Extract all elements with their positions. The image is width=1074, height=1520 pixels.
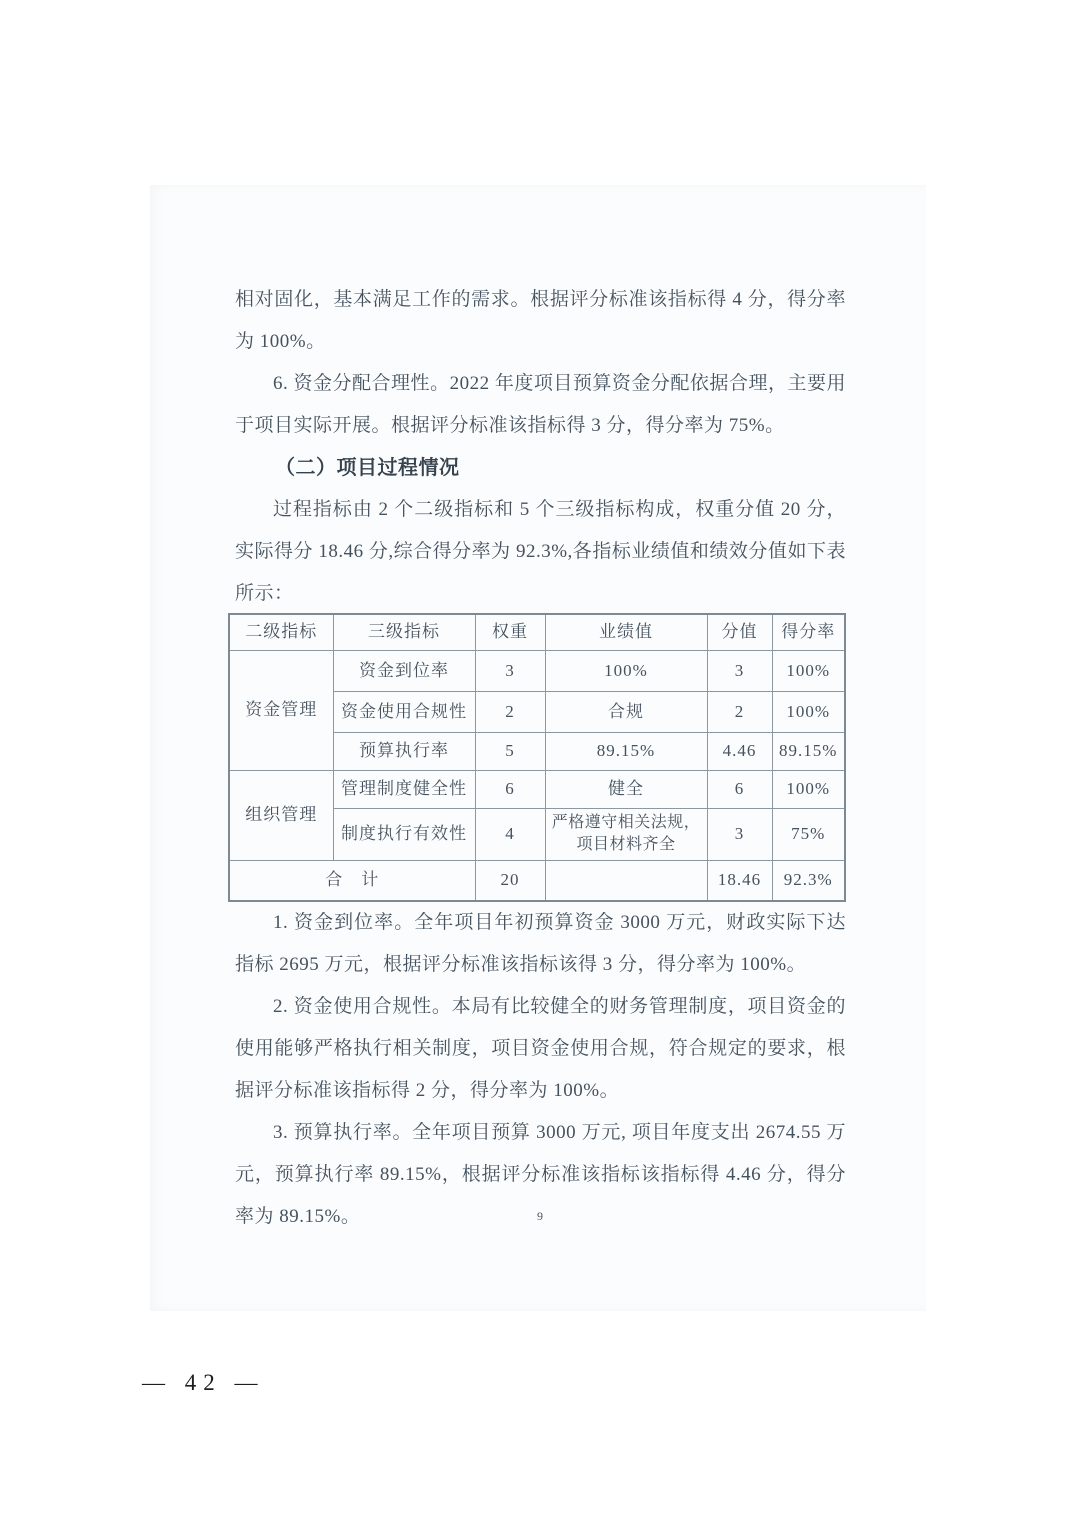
performance-cell: 健全 [545, 770, 707, 808]
group-cell-fund-management: 资金管理 [229, 650, 333, 770]
paragraph-process-intro: 过程指标由 2 个二级指标和 5 个三级指标构成，权重分值 20 分，实际得分 … [235, 489, 846, 615]
total-weight-cell: 20 [475, 860, 545, 901]
paragraph-item-1: 1. 资金到位率。全年项目年初预算资金 3000 万元，财政实际下达指标 269… [235, 902, 846, 986]
section-heading: （二）项目过程情况 [235, 447, 846, 489]
indicator-cell: 资金使用合规性 [333, 691, 475, 732]
table-total-row: 合 计 20 18.46 92.3% [229, 860, 845, 901]
rate-cell: 100% [772, 691, 845, 732]
paragraph-item-2: 2. 资金使用合规性。本局有比较健全的财务管理制度，项目资金的使用能够严格执行相… [235, 986, 846, 1112]
indicator-cell: 资金到位率 [333, 650, 475, 691]
rate-cell: 100% [772, 770, 845, 808]
document-canvas: 相对固化，基本满足工作的需求。根据评分标准该指标得 4 分，得分率为 100%。… [0, 0, 1074, 1520]
col-header-level3-indicator: 三级指标 [333, 614, 475, 650]
score-cell: 3 [707, 650, 772, 691]
indicator-cell: 预算执行率 [333, 732, 475, 770]
total-rate-cell: 92.3% [772, 860, 845, 901]
weight-cell: 3 [475, 650, 545, 691]
score-cell: 4.46 [707, 732, 772, 770]
folio-page-label: — 42 — [142, 1370, 265, 1396]
paragraph-item-6: 6. 资金分配合理性。2022 年度项目预算资金分配依据合理，主要用于项目实际开… [235, 363, 846, 447]
paragraph-continuation: 相对固化，基本满足工作的需求。根据评分标准该指标得 4 分，得分率为 100%。 [235, 279, 846, 363]
score-cell: 3 [707, 808, 772, 860]
total-performance-cell [545, 860, 707, 901]
weight-cell: 4 [475, 808, 545, 860]
col-header-performance-value: 业绩值 [545, 614, 707, 650]
group-cell-organization-management: 组织管理 [229, 770, 333, 860]
weight-cell: 6 [475, 770, 545, 808]
score-cell: 2 [707, 691, 772, 732]
total-score-cell: 18.46 [707, 860, 772, 901]
weight-cell: 2 [475, 691, 545, 732]
col-header-score: 分值 [707, 614, 772, 650]
score-cell: 6 [707, 770, 772, 808]
performance-cell: 89.15% [545, 732, 707, 770]
col-header-level2-indicator: 二级指标 [229, 614, 333, 650]
col-header-weight: 权重 [475, 614, 545, 650]
table-header-row: 二级指标 三级指标 权重 业绩值 分值 得分率 [229, 614, 845, 650]
indicator-cell: 管理制度健全性 [333, 770, 475, 808]
rate-cell: 100% [772, 650, 845, 691]
scanned-page: 相对固化，基本满足工作的需求。根据评分标准该指标得 4 分，得分率为 100%。… [150, 185, 926, 1311]
weight-cell: 5 [475, 732, 545, 770]
table-row: 资金管理 资金到位率 3 100% 3 100% [229, 650, 845, 691]
performance-cell: 100% [545, 650, 707, 691]
rate-cell: 75% [772, 808, 845, 860]
table-row: 组织管理 管理制度健全性 6 健全 6 100% [229, 770, 845, 808]
performance-cell: 合规 [545, 691, 707, 732]
rate-cell: 89.15% [772, 732, 845, 770]
total-label-cell: 合 计 [229, 860, 475, 901]
indicator-cell: 制度执行有效性 [333, 808, 475, 860]
performance-indicator-table: 二级指标 三级指标 权重 业绩值 分值 得分率 资金管理 资金到位率 3 100… [228, 613, 846, 902]
col-header-score-rate: 得分率 [772, 614, 845, 650]
performance-cell: 严格遵守相关法规，项目材料齐全 [545, 808, 707, 860]
page-number: 9 [530, 1209, 550, 1224]
